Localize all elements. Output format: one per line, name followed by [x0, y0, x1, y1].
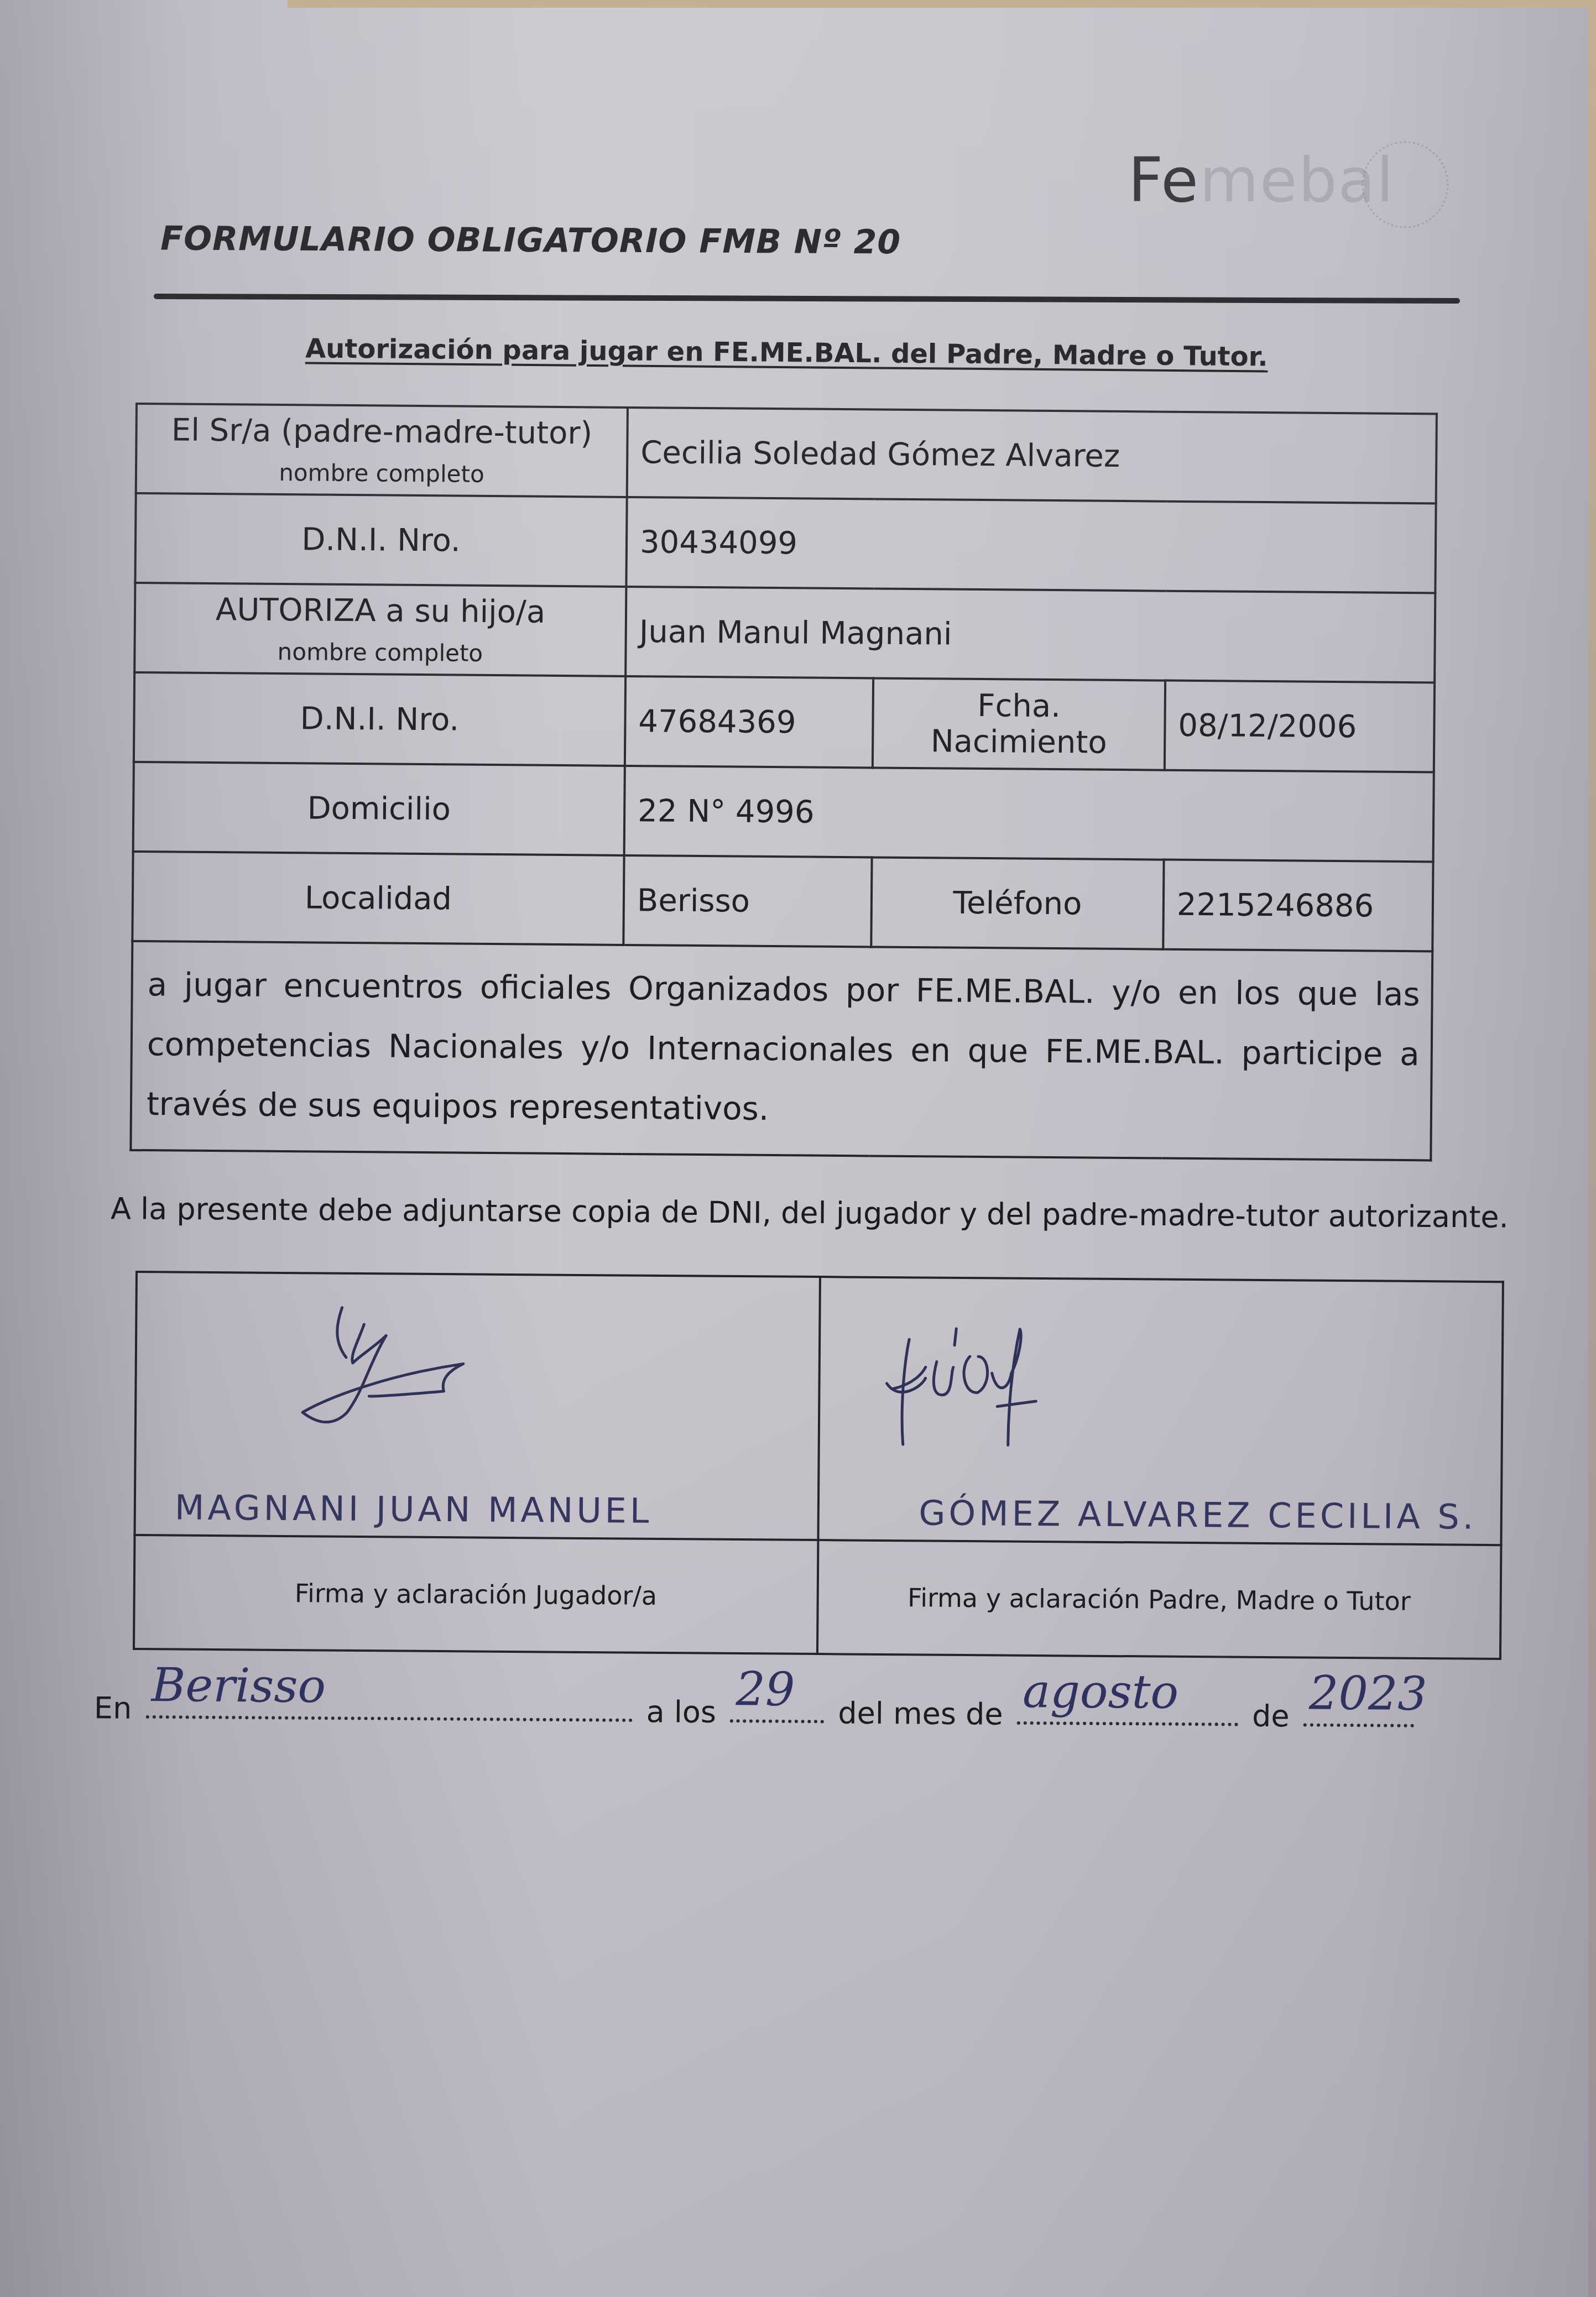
table-surface-edge	[288, 0, 1596, 8]
parent-signature-icon	[869, 1301, 1125, 1468]
parent-dni-field[interactable]: 30434099	[626, 497, 1436, 593]
player-signature-icon	[280, 1302, 547, 1442]
year-value: 2023	[1309, 1666, 1427, 1721]
birth-date-field[interactable]: 08/12/2006	[1165, 681, 1435, 772]
address-row: Domicilio 22 N° 4996	[133, 762, 1434, 862]
child-name-label: AUTORIZA a su hijo/a	[216, 592, 546, 630]
day-value: 29	[736, 1662, 795, 1716]
phone-label: Teléfono	[871, 857, 1164, 949]
city-phone-row: Localidad Berisso Teléfono 2215246886	[132, 852, 1433, 951]
date-place-line: En Berisso a los 29 del mes de agosto de…	[94, 1682, 1488, 1735]
player-signature-box[interactable]: MAGNANI JUAN MANUEL	[134, 1272, 820, 1540]
title-divider	[154, 294, 1460, 304]
parent-dni-label: D.N.I. Nro.	[135, 493, 627, 587]
parent-name-sublabel: nombre completo	[149, 458, 614, 489]
child-name-field[interactable]: Juan Manul Magnani	[625, 587, 1435, 682]
form-title: FORMULARIO OBLIGATORIO FMB Nº 20	[160, 219, 901, 262]
parent-signature-box[interactable]: GÓMEZ ALVAREZ CECILIA S.	[818, 1277, 1503, 1545]
parent-dni-row: D.N.I. Nro. 30434099	[135, 493, 1436, 593]
year-field[interactable]: 2023	[1303, 1690, 1414, 1727]
signature-table: MAGNANI JUAN MANUEL GÓMEZ ALVAREZ CECILI…	[133, 1271, 1504, 1660]
parent-name-label-cell: El Sr/a (padre-madre-tutor) nombre compl…	[136, 404, 628, 497]
city-label: Localidad	[132, 852, 624, 945]
month-label: del mes de	[838, 1696, 1003, 1732]
child-name-row: AUTORIZA a su hijo/a nombre completo Jua…	[134, 583, 1435, 682]
birth-date-label: Fcha. Nacimiento	[873, 678, 1165, 770]
signature-row: MAGNANI JUAN MANUEL GÓMEZ ALVAREZ CECILI…	[134, 1272, 1503, 1545]
authorization-text: a jugar encuentros oficiales Organizados…	[131, 941, 1432, 1160]
address-label: Domicilio	[133, 762, 625, 855]
month-field[interactable]: agosto	[1017, 1688, 1238, 1726]
attachment-note: A la presente debe adjuntarse copia de D…	[111, 1191, 1509, 1234]
parent-signature-caption: Firma y aclaración Padre, Madre o Tutor	[817, 1540, 1501, 1659]
authorization-table: El Sr/a (padre-madre-tutor) nombre compl…	[129, 403, 1438, 1161]
phone-field[interactable]: 2215246886	[1163, 860, 1433, 952]
place-value: Berisso	[151, 1658, 326, 1713]
address-field[interactable]: 22 N° 4996	[624, 766, 1434, 862]
parent-name-row: El Sr/a (padre-madre-tutor) nombre compl…	[136, 404, 1437, 503]
ball-icon	[1362, 141, 1449, 228]
parent-name-field[interactable]: Cecilia Soledad Gómez Alvarez	[627, 408, 1437, 503]
player-aclaracion: MAGNANI JUAN MANUEL	[175, 1487, 653, 1531]
month-value: agosto	[1023, 1664, 1179, 1719]
signature-caption-row: Firma y aclaración Jugador/a Firma y acl…	[134, 1535, 1501, 1659]
child-name-sublabel: nombre completo	[148, 637, 612, 668]
year-label: de	[1252, 1699, 1290, 1734]
child-name-label-cell: AUTORIZA a su hijo/a nombre completo	[134, 583, 626, 676]
city-field[interactable]: Berisso	[623, 855, 872, 947]
form-subtitle: Autorización para jugar en FE.ME.BAL. de…	[305, 333, 1268, 372]
player-signature-caption: Firma y aclaración Jugador/a	[134, 1535, 818, 1654]
table-surface-edge-right	[1588, 0, 1596, 2297]
child-dni-field[interactable]: 47684369	[625, 676, 873, 768]
day-field[interactable]: 29	[730, 1686, 824, 1723]
parent-aclaracion: GÓMEZ ALVAREZ CECILIA S.	[919, 1492, 1477, 1537]
child-dni-label: D.N.I. Nro.	[134, 672, 625, 766]
child-dni-row: D.N.I. Nro. 47684369 Fcha. Nacimiento 08…	[134, 672, 1435, 772]
femebal-logo: Femebal	[1128, 141, 1449, 228]
parent-name-label: El Sr/a (padre-madre-tutor)	[171, 413, 593, 452]
place-field[interactable]: Berisso	[145, 1682, 632, 1722]
a-los-label: a los	[646, 1694, 716, 1730]
en-label: En	[94, 1690, 132, 1725]
logo-text: Fe	[1128, 145, 1199, 216]
authorization-text-row: a jugar encuentros oficiales Organizados…	[131, 941, 1432, 1160]
